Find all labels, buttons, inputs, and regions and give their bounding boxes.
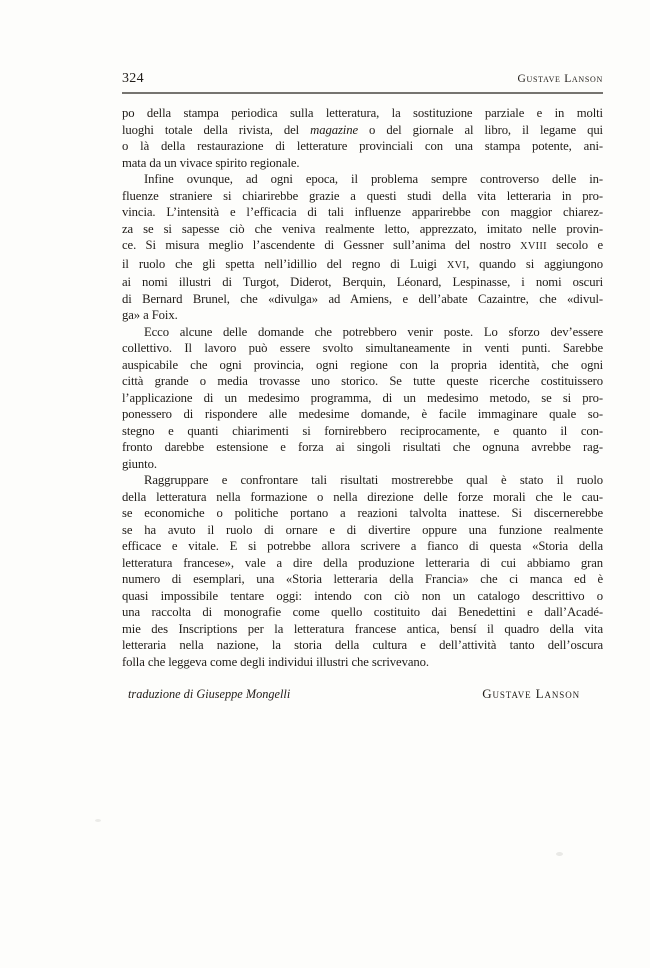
paragraph: Ecco alcune delle domande che potrebbero… [122, 324, 603, 473]
text-line: letteraria nella nazione, la storia dell… [122, 637, 603, 654]
text-line: giunto. [122, 456, 603, 473]
text-line: Raggruppare e confrontare tali risultati… [122, 472, 603, 489]
paragraph: po della stampa periodica sulla letterat… [122, 105, 603, 171]
text-line: una raccolta di monografie come quello c… [122, 604, 603, 621]
text-line: vincia. L’intensità e l’efficacia di tal… [122, 204, 603, 221]
text-line: città grande o media trovasse uno storic… [122, 373, 603, 390]
document-page: 324 Gustave Lanson po della stampa perio… [0, 0, 650, 968]
page-footer: traduzione di Giuseppe Mongelli Gustave … [128, 686, 580, 702]
scan-speck [95, 819, 101, 822]
scan-speck [556, 852, 563, 856]
text-line: di Bernard Brunel, che «divulga» ad Amie… [122, 291, 603, 308]
author-signature: Gustave Lanson [482, 686, 580, 702]
text-line: mata da un vivace spirito regionale. [122, 155, 603, 172]
text-line: quasi impossibile tentare oggi: intendo … [122, 588, 603, 605]
text-line: efficace e vitale. E si potrebbe allora … [122, 538, 603, 555]
text-line: se economiche o politiche portano a reaz… [122, 505, 603, 522]
text-line: numero di esemplari, una «Storia lettera… [122, 571, 603, 588]
text-line: auspicabile che ogni provincia, ogni reg… [122, 357, 603, 374]
page-header: 324 Gustave Lanson [122, 71, 603, 87]
header-rule [122, 92, 603, 94]
text-line: letteratura francese», vale a dire della… [122, 555, 603, 572]
text-line: folla che leggeva come degli individui i… [122, 654, 603, 671]
paragraph: Infine ovunque, ad ogni epoca, il proble… [122, 171, 603, 324]
text-line: Ecco alcune delle domande che potrebbero… [122, 324, 603, 341]
text-line: Infine ovunque, ad ogni epoca, il proble… [122, 171, 603, 188]
text-line: l’applicazione di un medesimo programma,… [122, 390, 603, 407]
text-line: della letteratura nella formazione o nel… [122, 489, 603, 506]
text-line: za se si sapesse ciò che veniva realment… [122, 221, 603, 238]
paragraph: Raggruppare e confrontare tali risultati… [122, 472, 603, 670]
text-line: o là della restaurazione di letterature … [122, 138, 603, 155]
text-line: il ruolo che gli spetta nell’idillio del… [122, 256, 603, 275]
text-line: stegno e quanti chiarimenti si fornirebb… [122, 423, 603, 440]
text-line: fluenze straniere si chiarirebbe grazie … [122, 188, 603, 205]
text-line: se ha avuto il ruolo di ornare e di dive… [122, 522, 603, 539]
page-number: 324 [122, 71, 144, 87]
text-line: luoghi totale della rivista, del magazin… [122, 122, 603, 139]
body-text: po della stampa periodica sulla letterat… [122, 105, 603, 670]
text-line: collettivo. Il lavoro può essere svolto … [122, 340, 603, 357]
running-header: Gustave Lanson [518, 73, 603, 85]
text-line: po della stampa periodica sulla letterat… [122, 105, 603, 122]
text-line: ce. Si misura meglio l’ascendente di Ges… [122, 237, 603, 256]
text-line: ponessero di rispondere alle medesime do… [122, 406, 603, 423]
translation-credit: traduzione di Giuseppe Mongelli [128, 687, 290, 702]
text-line: ai nomi illustri di Turgot, Diderot, Ber… [122, 274, 603, 291]
text-line: ga» a Foix. [122, 307, 603, 324]
text-line: fronto darebbe estensione e forza ai sin… [122, 439, 603, 456]
text-line: mie des Inscriptions per la letteratura … [122, 621, 603, 638]
